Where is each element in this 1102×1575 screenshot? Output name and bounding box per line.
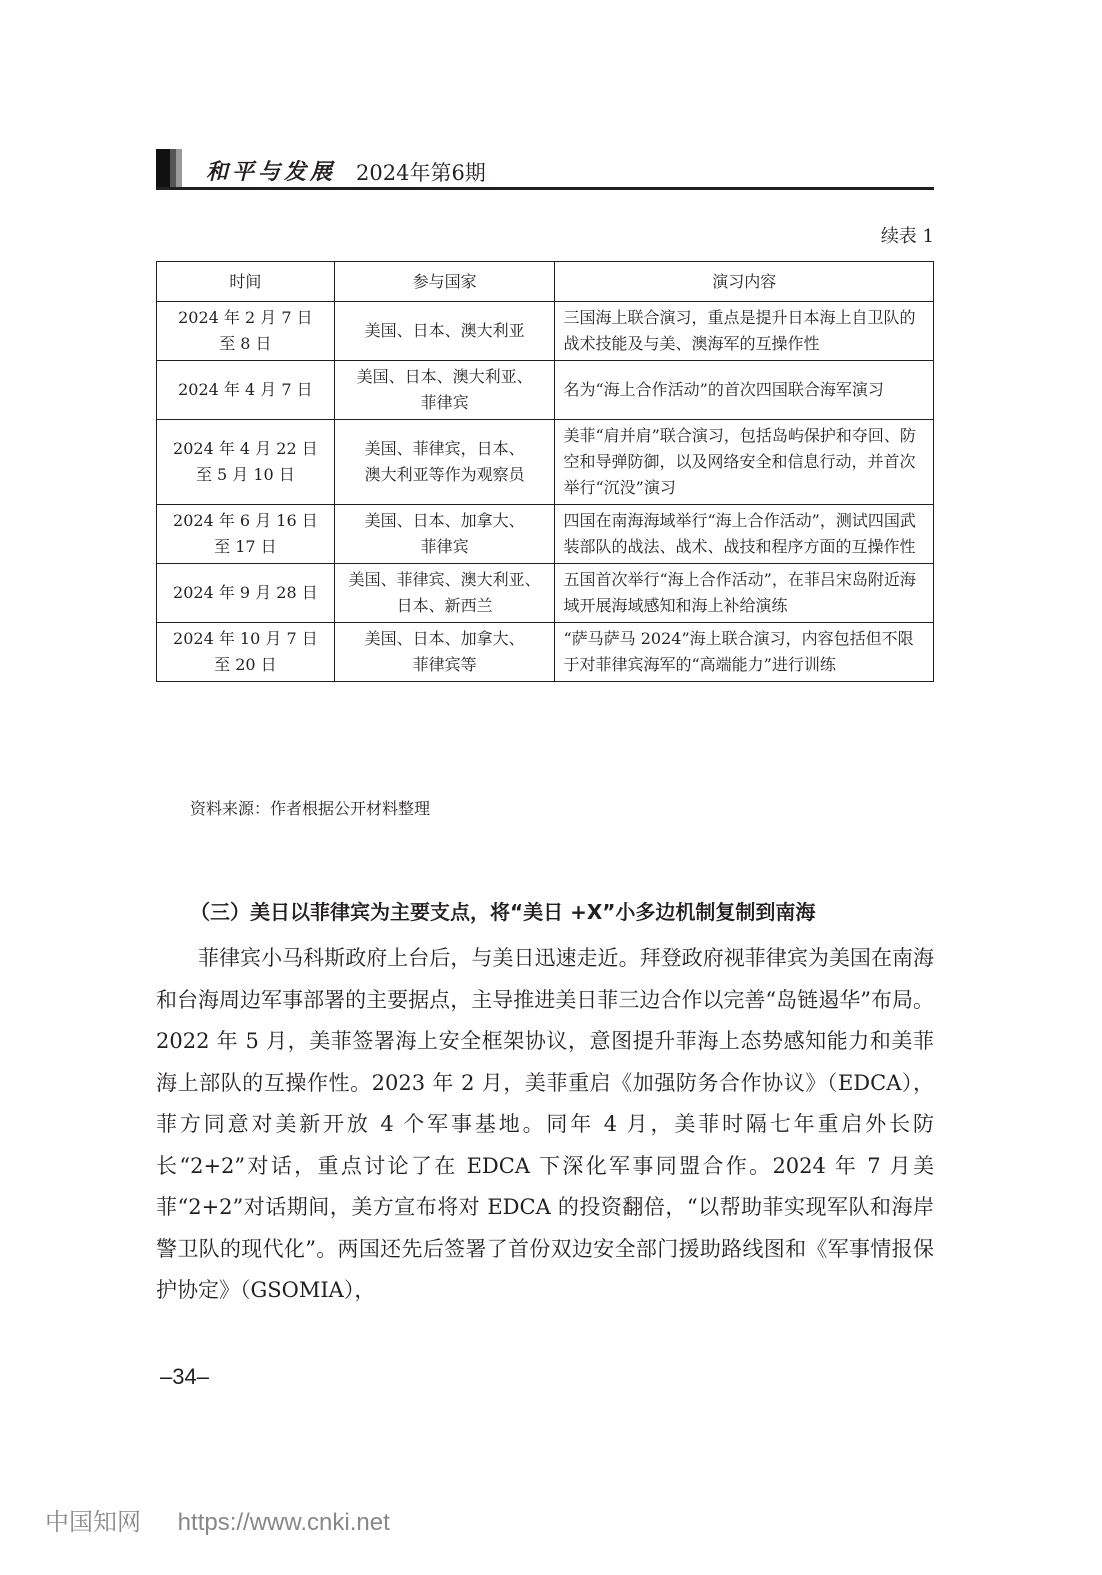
table-row: 2024 年 6 月 16 日 至 17 日美国、日本、加拿大、 菲律宾四国在南… xyxy=(157,505,934,564)
running-header: 和平与发展 2024年第6期 xyxy=(156,149,934,189)
table-row: 2024 年 4 月 7 日美国、日本、澳大利亚、 菲律宾名为“海上合作活动”的… xyxy=(157,361,934,420)
table-caption: 续表 1 xyxy=(881,222,934,248)
table-row: 2024 年 9 月 28 日美国、菲律宾、澳大利亚、 日本、新西兰五国首次举行… xyxy=(157,564,934,623)
cell-time: 2024 年 6 月 16 日 至 17 日 xyxy=(157,505,335,564)
exercise-table: 时间 参与国家 演习内容 2024 年 2 月 7 日 至 8 日美国、日本、澳… xyxy=(156,261,934,682)
cell-countries: 美国、日本、加拿大、 菲律宾等 xyxy=(334,623,555,682)
cell-time: 2024 年 2 月 7 日 至 8 日 xyxy=(157,302,335,361)
header-bar-light-gray xyxy=(176,149,182,189)
header-decoration xyxy=(156,149,184,189)
watermark: 中国知网 https://www.cnki.net xyxy=(45,1502,390,1537)
watermark-name: 中国知网 xyxy=(45,1509,141,1536)
cell-time: 2024 年 9 月 28 日 xyxy=(157,564,335,623)
table-row: 2024 年 10 月 7 日 至 20 日美国、日本、加拿大、 菲律宾等“萨马… xyxy=(157,623,934,682)
cell-content: 美菲“肩并肩”联合演习，包括岛屿保护和夺回、防空和导弹防御，以及网络安全和信息行… xyxy=(555,420,934,505)
cell-countries: 美国、菲律宾、澳大利亚、 日本、新西兰 xyxy=(334,564,555,623)
cell-time: 2024 年 4 月 22 日 至 5 月 10 日 xyxy=(157,420,335,505)
journal-issue: 2024年第6期 xyxy=(356,157,486,187)
body-paragraph: 菲律宾小马科斯政府上台后，与美日迅速走近。拜登政府视菲律宾为美国在南海和台海周边… xyxy=(156,938,934,1312)
cell-content: 三国海上联合演习，重点是提升日本海上自卫队的战术技能及与美、澳海军的互操作性 xyxy=(555,302,934,361)
cell-time: 2024 年 10 月 7 日 至 20 日 xyxy=(157,623,335,682)
cell-content: “萨马萨马 2024”海上联合演习，内容包括但不限于对菲律宾海军的“高端能力”进… xyxy=(555,623,934,682)
cell-content: 四国在南海海域举行“海上合作活动”，测试四国武装部队的战法、战术、战技和程序方面… xyxy=(555,505,934,564)
column-header-countries: 参与国家 xyxy=(334,262,555,302)
page-number: –34– xyxy=(160,1364,209,1390)
table-header-row: 时间 参与国家 演习内容 xyxy=(157,262,934,302)
cell-countries: 美国、日本、澳大利亚、 菲律宾 xyxy=(334,361,555,420)
cell-content: 名为“海上合作活动”的首次四国联合海军演习 xyxy=(555,361,934,420)
source-note: 资料来源：作者根据公开材料整理 xyxy=(190,796,430,819)
table-row: 2024 年 4 月 22 日 至 5 月 10 日美国、菲律宾，日本、 澳大利… xyxy=(157,420,934,505)
cell-time: 2024 年 4 月 7 日 xyxy=(157,361,335,420)
table-row: 2024 年 2 月 7 日 至 8 日美国、日本、澳大利亚三国海上联合演习，重… xyxy=(157,302,934,361)
column-header-content: 演习内容 xyxy=(555,262,934,302)
body-text: 菲律宾小马科斯政府上台后，与美日迅速走近。拜登政府视菲律宾为美国在南海和台海周边… xyxy=(156,938,934,1312)
header-rule xyxy=(156,187,934,190)
watermark-url: https://www.cnki.net xyxy=(178,1509,390,1536)
cell-countries: 美国、日本、澳大利亚 xyxy=(334,302,555,361)
cell-countries: 美国、日本、加拿大、 菲律宾 xyxy=(334,505,555,564)
cell-content: 五国首次举行“海上合作活动”，在菲吕宋岛附近海域开展海域感知和海上补给演练 xyxy=(555,564,934,623)
journal-title: 和平与发展 xyxy=(206,155,336,186)
section-heading: （三）美日以菲律宾为主要支点，将“美日 +X”小多边机制复制到南海 xyxy=(190,896,815,925)
column-header-time: 时间 xyxy=(157,262,335,302)
cell-countries: 美国、菲律宾，日本、 澳大利亚等作为观察员 xyxy=(334,420,555,505)
header-bar-black xyxy=(156,149,170,189)
